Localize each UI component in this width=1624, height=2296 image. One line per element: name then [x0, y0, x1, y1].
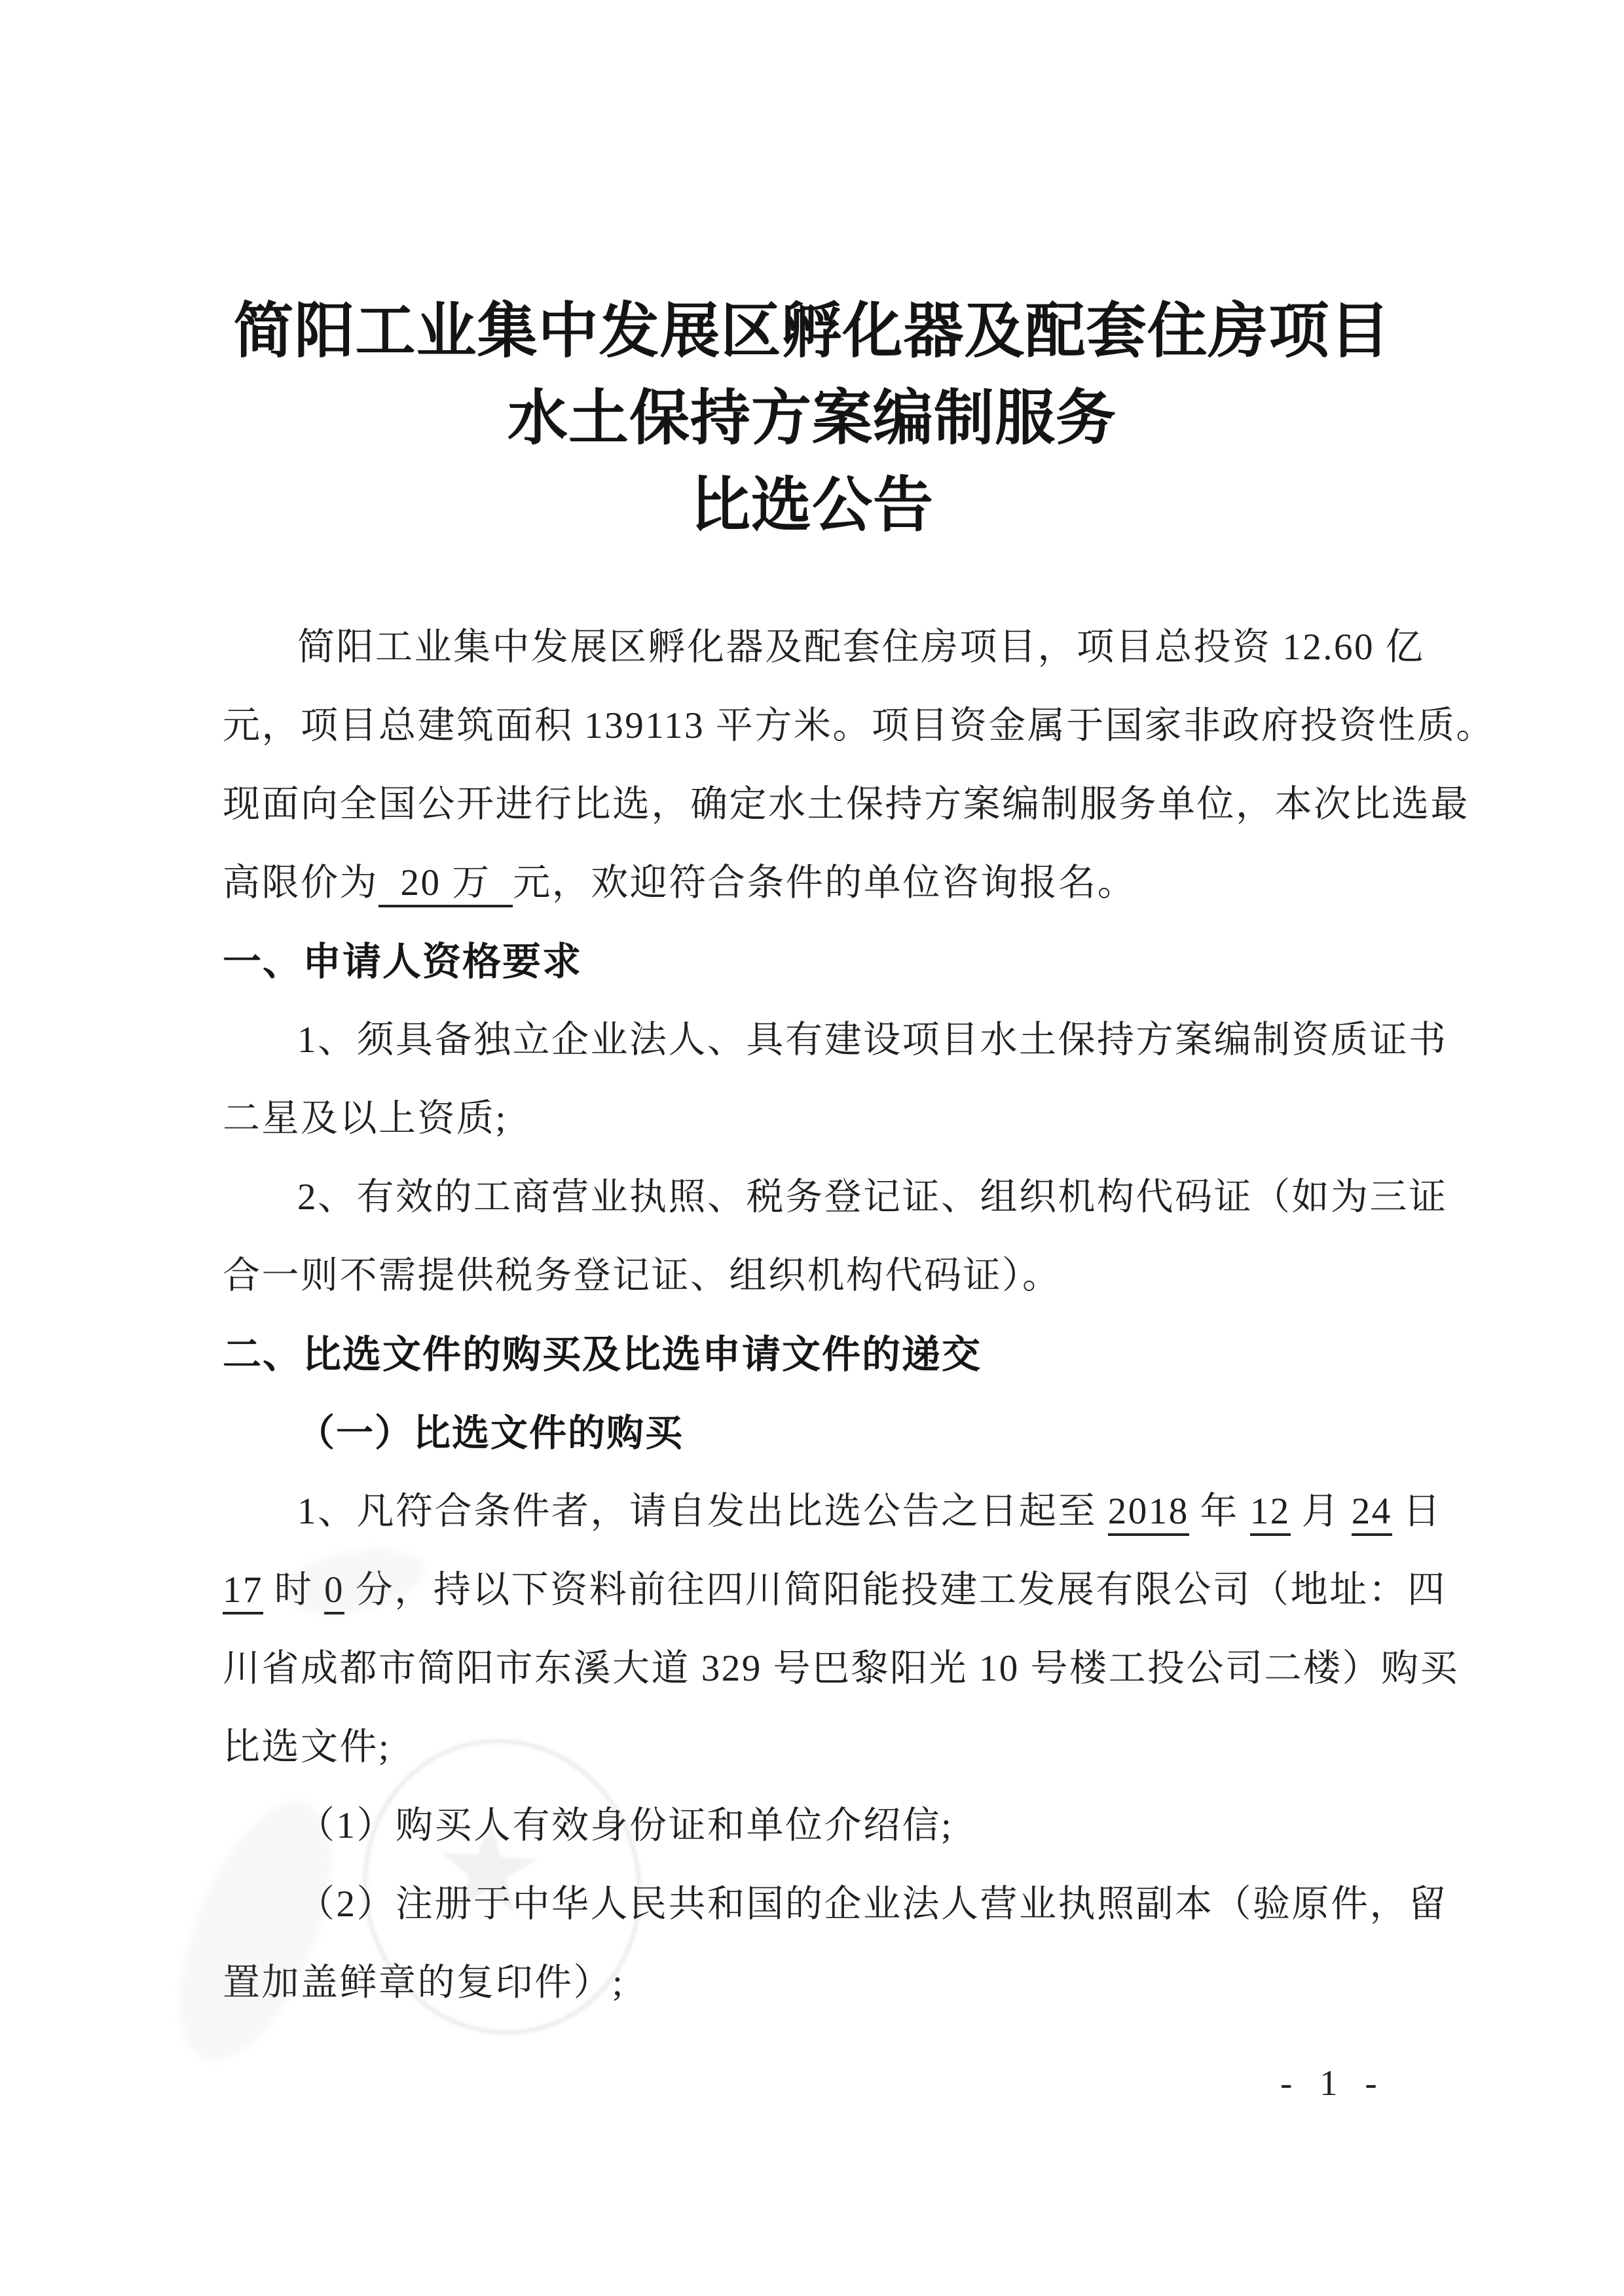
title-line-1: 简阳工业集中发展区孵化器及配套住房项目	[0, 288, 1624, 375]
page-number: - 1 -	[1280, 2062, 1386, 2104]
text-segment: 年	[1189, 1491, 1250, 1532]
text-segment: （一）比选文件的购买	[297, 1412, 684, 1454]
seal-star-icon: ★	[428, 1804, 548, 1936]
text-segment: 二、比选文件的购买及比选申请文件的递交	[223, 1333, 982, 1376]
title-line-3: 比选公告	[0, 462, 1624, 549]
text-line: 元，项目总建筑面积 139113 平方米。项目资金属于国家非政府投资性质。	[223, 687, 1441, 765]
document-title: 简阳工业集中发展区孵化器及配套住房项目 水土保持方案编制服务 比选公告	[0, 288, 1624, 549]
text-line: （一）比选文件的购买	[223, 1394, 1441, 1472]
text-segment: 川省成都市简阳市东溪大道 329 号巴黎阳光 10 号楼工投公司二楼）购买	[223, 1648, 1459, 1689]
text-segment: 元，项目总建筑面积 139113 平方米。项目资金属于国家非政府投资性质。	[223, 705, 1495, 746]
text-segment: 1、凡符合条件者，请自发出比选公告之日起至	[297, 1491, 1108, 1532]
text-segment: 现面向全国公开进行比选，确定水土保持方案编制服务单位，本次比选最	[223, 784, 1469, 825]
text-line: 高限价为 20 万 元，欢迎符合条件的单位咨询报名。	[223, 844, 1441, 922]
underlined-value: 12	[1250, 1491, 1291, 1536]
underlined-value: 20 万	[378, 862, 513, 907]
text-line: 二星及以上资质;	[223, 1080, 1441, 1158]
text-segment: 月	[1291, 1491, 1352, 1532]
text-line: 2、有效的工商营业执照、税务登记证、组织机构代码证（如为三证	[223, 1158, 1441, 1237]
text-segment: 日	[1392, 1491, 1442, 1532]
text-segment: 元，欢迎符合条件的单位咨询报名。	[513, 862, 1136, 903]
text-line: 二、比选文件的购买及比选申请文件的递交	[223, 1315, 1441, 1394]
text-line: 一、申请人资格要求	[223, 922, 1441, 1001]
underlined-value: 17	[223, 1569, 263, 1614]
title-line-2: 水土保持方案编制服务	[0, 375, 1624, 462]
document-page: 简阳工业集中发展区孵化器及配套住房项目 水土保持方案编制服务 比选公告 简阳工业…	[0, 0, 1624, 2296]
text-segment: 1、须具备独立企业法人、具有建设项目水土保持方案编制资质证书	[297, 1019, 1448, 1061]
text-line: 合一则不需提供税务登记证、组织机构代码证）。	[223, 1237, 1441, 1315]
text-segment: 简阳工业集中发展区孵化器及配套住房项目，项目总投资 12.60 亿	[297, 627, 1424, 668]
text-segment: 二星及以上资质;	[223, 1098, 507, 1139]
text-line: 简阳工业集中发展区孵化器及配套住房项目，项目总投资 12.60 亿	[223, 608, 1441, 687]
text-segment: 合一则不需提供税务登记证、组织机构代码证）。	[223, 1255, 1061, 1296]
text-line: 川省成都市简阳市东溪大道 329 号巴黎阳光 10 号楼工投公司二楼）购买	[223, 1630, 1441, 1708]
underlined-value: 2018	[1108, 1491, 1189, 1536]
text-line: 1、凡符合条件者，请自发出比选公告之日起至 2018 年 12 月 24 日	[223, 1472, 1441, 1551]
text-segment: 一、申请人资格要求	[223, 940, 582, 983]
underlined-value: 24	[1352, 1491, 1392, 1536]
text-segment: 2、有效的工商营业执照、税务登记证、组织机构代码证（如为三证	[297, 1176, 1448, 1218]
text-line: 1、须具备独立企业法人、具有建设项目水土保持方案编制资质证书	[223, 1001, 1441, 1080]
text-segment: 比选文件;	[223, 1726, 390, 1768]
text-line: 现面向全国公开进行比选，确定水土保持方案编制服务单位，本次比选最	[223, 765, 1441, 844]
text-segment: 分，持以下资料前往四川简阳能投建工发展有限公司（地址：四	[344, 1569, 1447, 1611]
text-line: 比选文件;	[223, 1708, 1441, 1787]
text-segment: 高限价为	[223, 862, 378, 903]
